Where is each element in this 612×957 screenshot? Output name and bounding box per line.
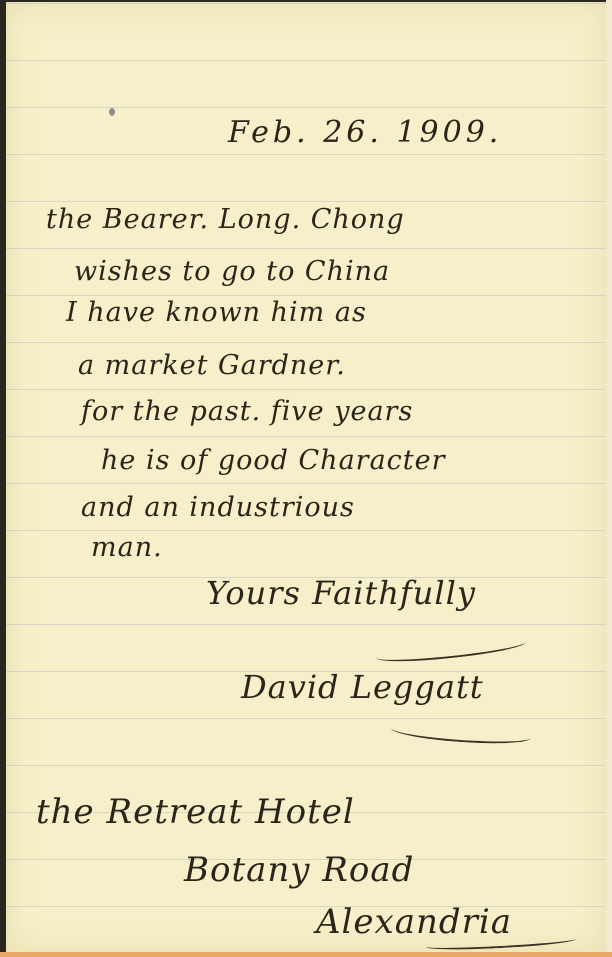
- body-line-5: for the past. five years: [81, 396, 413, 427]
- letter-closing: Yours Faithfully: [206, 574, 476, 612]
- body-line-1: the Bearer. Long. Chong: [46, 204, 405, 235]
- letter-date: Feb. 26. 1909.: [228, 115, 502, 150]
- body-line-2: wishes to go to China: [74, 256, 390, 287]
- letter-signature: David Leggatt: [241, 668, 484, 706]
- body-line-7: and an industrious: [81, 492, 355, 523]
- address-line-1: the Retreat Hotel: [36, 792, 355, 832]
- body-line-3: I have known him as: [66, 297, 367, 328]
- body-line-8: man.: [91, 532, 163, 563]
- body-line-6: he is of good Character: [101, 445, 446, 476]
- ink-smudge: [109, 108, 115, 116]
- signature-flourish: [391, 719, 532, 747]
- address-line-2: Botany Road: [184, 850, 414, 890]
- paper-edge-right: [606, 0, 612, 957]
- address-line-3: Alexandria: [316, 902, 512, 942]
- paper-edge-bottom: [0, 952, 612, 957]
- body-line-4: a market Gardner.: [78, 350, 346, 381]
- letter-sheet: Feb. 26. 1909. the Bearer. Long. Chong w…: [6, 2, 606, 952]
- closing-flourish: [376, 634, 527, 666]
